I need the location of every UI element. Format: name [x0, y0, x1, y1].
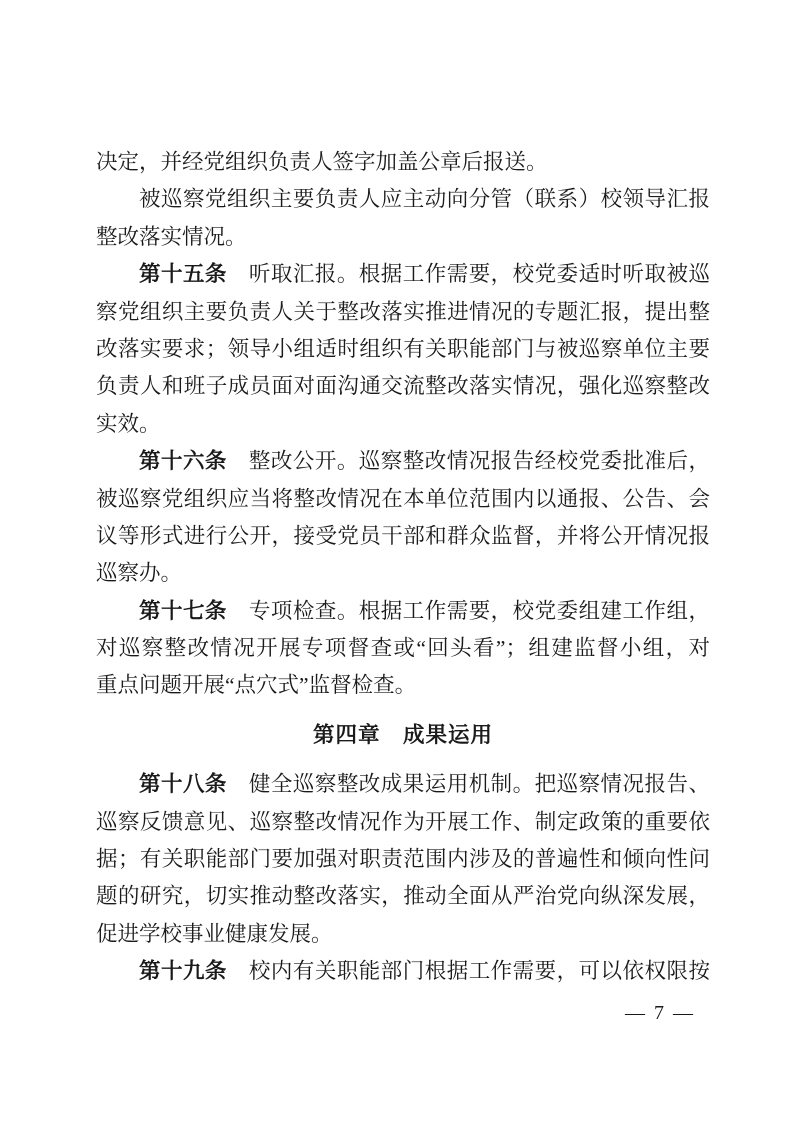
article-number: 第十七条 [139, 599, 227, 623]
line-text: 被巡察党组织应当将整改情况在本单位范围内以通报、公告、会 [96, 487, 710, 511]
chapter-heading-text: 第四章 成果运用 [313, 723, 493, 747]
line-text: 对巡察整改情况开展专项督查或“回头看”；组建监督小组，对 [96, 636, 710, 660]
line-text: 议等形式进行公开，接受党员干部和群众监督，并将公开情况报 [96, 524, 710, 548]
line-text: 被巡察党组织主要负责人应主动向分管（联系）校领导汇报 [139, 187, 710, 211]
text-line: 整改落实情况。 [96, 219, 710, 256]
text-line: 负责人和班子成员面对面沟通交流整改落实情况，强化巡察整改 [96, 368, 710, 405]
text-line: 被巡察党组织主要负责人应主动向分管（联系）校领导汇报 [96, 181, 710, 218]
text-line: 重点问题开展“点穴式”监督检查。 [96, 667, 710, 704]
article-number: 第十六条 [139, 449, 227, 473]
article-number: 第十八条 [139, 772, 227, 796]
text-line: 据；有关职能部门要加强对职责范围内涉及的普遍性和倾向性问 [96, 841, 710, 878]
line-text: 题的研究，切实推动整改落实，推动全面从严治党向纵深发展， [96, 884, 710, 908]
line-text: 决定，并经党组织负责人签字加盖公章后报送。 [96, 150, 548, 174]
text-line: 被巡察党组织应当将整改情况在本单位范围内以通报、公告、会 [96, 481, 710, 518]
text-line: 实效。 [96, 406, 710, 443]
line-text: 据；有关职能部门要加强对职责范围内涉及的普遍性和倾向性问 [96, 847, 710, 871]
text-line: 对巡察整改情况开展专项督查或“回头看”；组建监督小组，对 [96, 630, 710, 667]
line-text: 校内有关职能部门根据工作需要，可以依权限按 [227, 959, 710, 983]
text-line: 察党组织主要负责人关于整改落实推进情况的专题汇报，提出整 [96, 294, 710, 331]
line-text: 巡察办。 [96, 561, 182, 585]
line-text: 听取汇报。根据工作需要，校党委适时听取被巡 [227, 262, 710, 286]
line-text: 促进学校事业健康发展。 [96, 922, 333, 946]
article-number: 第十五条 [139, 262, 227, 286]
text-line: 促进学校事业健康发展。 [96, 916, 710, 953]
text-line: 题的研究，切实推动整改落实，推动全面从严治党向纵深发展， [96, 878, 710, 915]
line-text: 重点问题开展“点穴式”监督检查。 [96, 673, 416, 697]
line-text: 察党组织主要负责人关于整改落实推进情况的专题汇报，提出整 [96, 300, 710, 324]
text-line: 第十六条 整改公开。巡察整改情况报告经校党委批准后， [96, 443, 710, 480]
line-text: 巡察反馈意见、巡察整改情况作为开展工作、制定政策的重要依 [96, 810, 710, 834]
text-line: 决定，并经党组织负责人签字加盖公章后报送。 [96, 144, 710, 181]
text-line: 第十八条 健全巡察整改成果运用机制。把巡察情况报告、 [96, 766, 710, 803]
line-text: 整改落实情况。 [96, 225, 247, 249]
line-text: 改落实要求；领导小组适时组织有关职能部门与被巡察单位主要 [96, 337, 710, 361]
text-line: 第十五条 听取汇报。根据工作需要，校党委适时听取被巡 [96, 256, 710, 293]
text-line: 巡察办。 [96, 555, 710, 592]
line-text: 负责人和班子成员面对面沟通交流整改落实情况，强化巡察整改 [96, 374, 710, 398]
text-line: 改落实要求；领导小组适时组织有关职能部门与被巡察单位主要 [96, 331, 710, 368]
line-text: 健全巡察整改成果运用机制。把巡察情况报告、 [227, 772, 710, 796]
page-number: — 7 — [625, 1002, 695, 1025]
line-text: 实效。 [96, 412, 161, 436]
article-number: 第十九条 [139, 959, 227, 983]
text-line: 第十九条 校内有关职能部门根据工作需要，可以依权限按 [96, 953, 710, 990]
line-text: 整改公开。巡察整改情况报告经校党委批准后， [227, 449, 710, 473]
text-line: 第十七条 专项检查。根据工作需要，校党委组建工作组， [96, 593, 710, 630]
chapter-heading: 第四章 成果运用 [96, 717, 710, 754]
document-content: 决定，并经党组织负责人签字加盖公章后报送。被巡察党组织主要负责人应主动向分管（联… [96, 144, 710, 991]
document-page: 决定，并经党组织负责人签字加盖公章后报送。被巡察党组织主要负责人应主动向分管（联… [0, 0, 793, 1122]
text-line: 议等形式进行公开，接受党员干部和群众监督，并将公开情况报 [96, 518, 710, 555]
text-line: 巡察反馈意见、巡察整改情况作为开展工作、制定政策的重要依 [96, 804, 710, 841]
line-text: 专项检查。根据工作需要，校党委组建工作组， [227, 599, 710, 623]
